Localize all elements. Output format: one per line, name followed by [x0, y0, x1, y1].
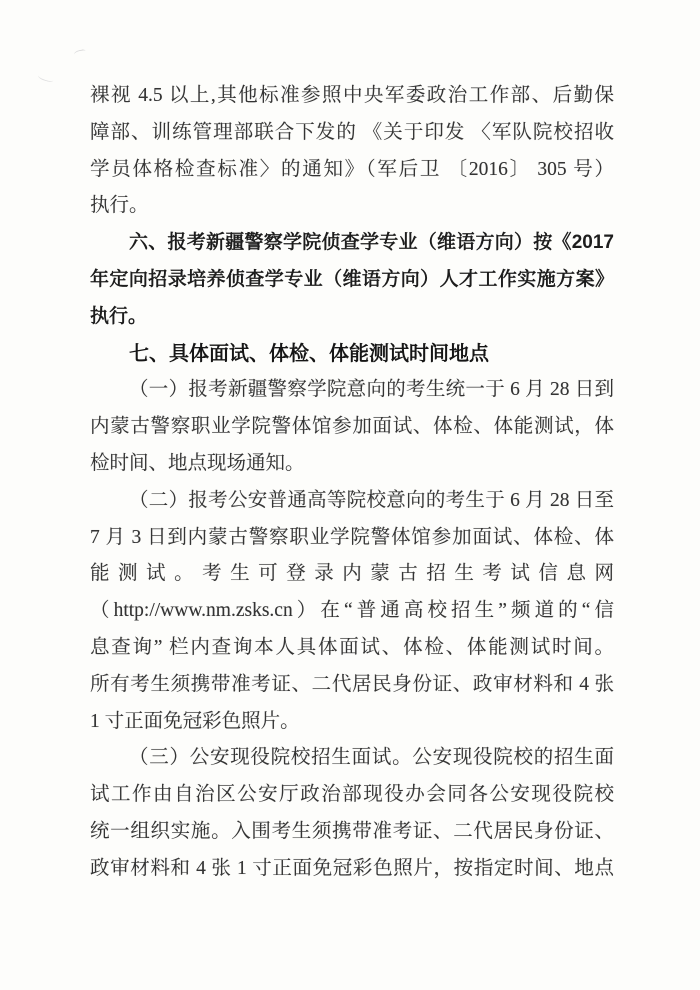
text-line: 试工作由自治区公安厅政治部现役办会同各公安现役院校: [90, 777, 614, 814]
text-line: （一）报考新疆警察学院意向的考生统一于 6 月 28 日到: [90, 372, 614, 409]
section-heading: 七、具体面试、体检、体能测试时间地点: [90, 336, 614, 373]
text-line-url: （http://www.nm.zsks.cn）在“普通高校招生”频道的“信: [90, 593, 614, 630]
paragraph-item-one: （一）报考新疆警察学院意向的考生统一于 6 月 28 日到 内蒙古警察职业学院警…: [90, 372, 614, 482]
text-line: 统一组织实施。入围考生须携带准考证、二代居民身份证、: [90, 814, 614, 851]
text-line: 1 寸正面免冠彩色照片。: [90, 704, 614, 741]
text-line: 裸视 4.5 以上,其他标准参照中央军委政治工作部、后勤保: [90, 78, 614, 115]
text-line: 学员体格检查标准〉的通知》（军后卫 〔2016〕 305 号）: [90, 152, 614, 189]
text-line: 政审材料和 4 张 1 寸正面免冠彩色照片，按指定时间、地点: [90, 851, 614, 888]
paragraph-item-two: （二）报考公安普通高等院校意向的考生于 6 月 28 日至 7 月 3 日到内蒙…: [90, 483, 614, 741]
text-line: 内蒙古警察职业学院警体馆参加面试、体检、体能测试，体: [90, 409, 614, 446]
text-line: （三）公安现役院校招生面试。公安现役院校的招生面: [90, 740, 614, 777]
text-line: 障部、训练管理部联合下发的 《关于印发 〈军队院校招收: [90, 115, 614, 152]
scanned-document-page: 裸视 4.5 以上,其他标准参照中央军委政治工作部、后勤保 障部、训练管理部联合…: [0, 0, 700, 990]
text-line: 六、报考新疆警察学院侦查学专业（维语方向）按《2017: [90, 225, 614, 262]
text-line: 所有考生须携带准考证、二代居民身份证、政审材料和 4 张: [90, 667, 614, 704]
paragraph-exam-standards: 裸视 4.5 以上,其他标准参照中央军委政治工作部、后勤保 障部、训练管理部联合…: [90, 78, 614, 225]
text-line: 执行。: [90, 188, 614, 225]
scan-smudge: [37, 72, 54, 84]
text-line: 执行。: [90, 299, 614, 336]
text-line: （二）报考公安普通高等院校意向的考生于 6 月 28 日至: [90, 483, 614, 520]
section-seven-heading: 七、具体面试、体检、体能测试时间地点: [90, 336, 614, 373]
scan-smudge: [74, 49, 87, 57]
paragraph-section-six: 六、报考新疆警察学院侦查学专业（维语方向）按《2017 年定向招录培养侦查学专业…: [90, 225, 614, 335]
text-line: 年定向招录培养侦查学专业（维语方向）人才工作实施方案》: [90, 262, 614, 299]
text-line: 7 月 3 日到内蒙古警察职业学院警体馆参加面试、体检、体: [90, 520, 614, 557]
text-line: 息查询” 栏内查询本人具体面试、体检、体能测试时间。: [90, 630, 614, 667]
text-line: 检时间、地点现场通知。: [90, 446, 614, 483]
document-body: 裸视 4.5 以上,其他标准参照中央军委政治工作部、后勤保 障部、训练管理部联合…: [90, 78, 614, 888]
paragraph-item-three: （三）公安现役院校招生面试。公安现役院校的招生面 试工作由自治区公安厅政治部现役…: [90, 740, 614, 887]
text-line: 能测试。考生可登录内蒙古招生考试信息网: [90, 556, 614, 593]
